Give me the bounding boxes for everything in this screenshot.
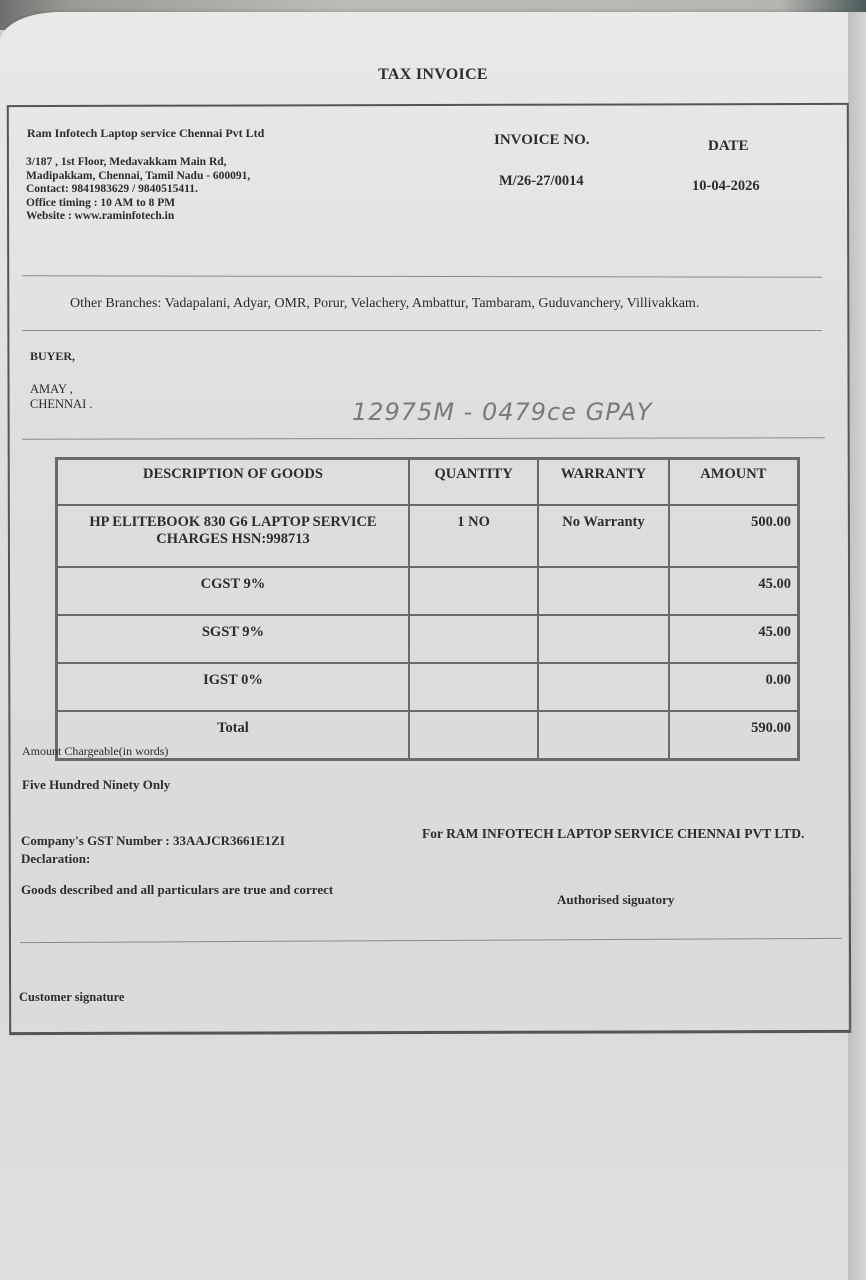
table-row: SGST 9% 45.00 — [57, 615, 799, 663]
buyer-label: BUYER, — [30, 349, 75, 364]
tax-quantity — [409, 567, 538, 615]
invoice-date-label: DATE — [708, 138, 749, 155]
authorised-signatory: Authorised siguatory — [557, 892, 674, 908]
total-amount: 590.00 — [669, 711, 799, 760]
table-row: HP ELITEBOOK 830 G6 LAPTOP SERVICE CHARG… — [57, 505, 799, 567]
invoice-date: 10-04-2026 — [692, 178, 760, 195]
tax-amount: 0.00 — [669, 663, 799, 711]
tax-quantity — [409, 663, 538, 711]
address-line: Madipakkam, Chennai, Tamil Nadu - 600091… — [26, 170, 250, 184]
tax-warranty — [538, 663, 668, 711]
invoice-number-label: INVOICE NO. — [494, 132, 590, 149]
declaration-label: Declaration: — [21, 851, 90, 867]
website-line: Website : www.raminfotech.in — [26, 210, 250, 224]
company-gst-number: Company's GST Number : 33AAJCR3661E1ZI — [21, 833, 285, 849]
seller-address: 3/187 , 1st Floor, Medavakkam Main Rd, M… — [26, 156, 250, 224]
customer-signature: Customer signature — [19, 990, 124, 1005]
tax-quantity — [409, 615, 538, 663]
item-quantity: 1 NO — [409, 505, 538, 567]
items-table: DESCRIPTION OF GOODS QUANTITY WARRANTY A… — [55, 457, 800, 761]
total-quantity — [409, 711, 538, 760]
tax-warranty — [538, 615, 668, 663]
paper-edge — [848, 12, 866, 1280]
declaration-text: Goods described and all particulars are … — [21, 882, 333, 898]
address-line: 3/187 , 1st Floor, Medavakkam Main Rd, — [26, 156, 250, 170]
table-header-row: DESCRIPTION OF GOODS QUANTITY WARRANTY A… — [57, 459, 799, 506]
tax-label: SGST 9% — [57, 615, 409, 663]
for-company-label: For RAM INFOTECH LAPTOP SERVICE CHENNAI … — [422, 826, 804, 842]
seller-name: Ram Infotech Laptop service Chennai Pvt … — [27, 126, 264, 141]
header-description: DESCRIPTION OF GOODS — [57, 459, 409, 506]
buyer-city: CHENNAI . — [30, 397, 93, 412]
tax-amount: 45.00 — [669, 567, 799, 615]
tax-label: CGST 9% — [57, 567, 409, 615]
handwritten-payment-note: 12975M - 0479ce GPAY — [352, 398, 653, 426]
office-timing-line: Office timing : 10 AM to 8 PM — [26, 197, 250, 211]
other-branches: Other Branches: Vadapalani, Adyar, OMR, … — [70, 296, 699, 312]
tax-warranty — [538, 567, 668, 615]
invoice-number: M/26-27/0014 — [499, 173, 584, 190]
divider — [22, 330, 822, 331]
header-warranty: WARRANTY — [538, 459, 668, 506]
amount-in-words: Five Hundred Ninety Only — [22, 777, 170, 793]
header-quantity: QUANTITY — [409, 459, 538, 506]
amount-in-words-label: Amount Chargeable(in words) — [22, 744, 168, 759]
document-title: TAX INVOICE — [0, 66, 866, 84]
header-amount: AMOUNT — [669, 459, 799, 506]
item-warranty: No Warranty — [538, 505, 668, 567]
item-description: HP ELITEBOOK 830 G6 LAPTOP SERVICE CHARG… — [57, 505, 409, 567]
item-amount: 500.00 — [669, 505, 799, 567]
buyer-name: AMAY , — [30, 382, 93, 397]
total-warranty — [538, 711, 668, 760]
table-row: IGST 0% 0.00 — [57, 663, 799, 711]
contact-line: Contact: 9841983629 / 9840515411. — [26, 183, 250, 197]
buyer-details: AMAY , CHENNAI . — [30, 382, 93, 412]
tax-amount: 45.00 — [669, 615, 799, 663]
tax-label: IGST 0% — [57, 663, 409, 711]
table-row: CGST 9% 45.00 — [57, 567, 799, 615]
